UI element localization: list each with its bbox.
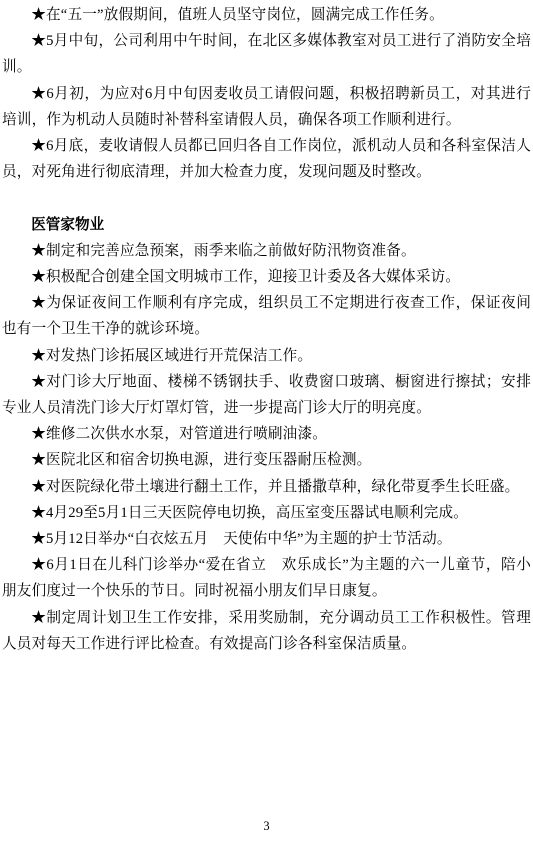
paragraph: ★6月初，为应对6月中旬因麦收员工请假问题，积极招聘新员工，对其进行培训，作为机…	[2, 81, 531, 133]
paragraph: ★5月12日举办“白衣炫五月 天使佑中华”为主题的护士节活动。	[2, 526, 531, 552]
paragraph: ★对医院绿化带土壤进行翻土工作，并且播撒草种，绿化带夏季生长旺盛。	[2, 474, 531, 500]
document-body: ★在“五一”放假期间，值班人员坚守岗位，圆满完成工作任务。★5月中旬，公司利用中…	[0, 0, 533, 657]
page-footer: 3	[0, 817, 533, 835]
paragraph: ★6月1日在儿科门诊举办“爱在省立 欢乐成长”为主题的六一儿童节，陪小朋友们度过…	[2, 552, 531, 604]
paragraph: ★制定周计划卫生工作安排，采用奖励制，充分调动员工工作积极性。管理人员对每天工作…	[2, 605, 531, 657]
paragraph: ★6月底，麦收请假人员都已回归各自工作岗位，派机动人员和各科室保洁人员，对死角进…	[2, 133, 531, 185]
page-number: 3	[263, 819, 269, 833]
section-heading: 医管家物业	[2, 212, 531, 238]
paragraph: ★在“五一”放假期间，值班人员坚守岗位，圆满完成工作任务。	[2, 2, 531, 28]
paragraph: ★医院北区和宿舍切换电源，进行变压器耐压检测。	[2, 447, 531, 473]
paragraph: ★积极配合创建全国文明城市工作，迎接卫计委及各大媒体采访。	[2, 264, 531, 290]
paragraph: ★4月29至5月1日三天医院停电切换，高压室变压器试电顺利完成。	[2, 500, 531, 526]
paragraph: ★对发热门诊拓展区域进行开荒保洁工作。	[2, 343, 531, 369]
paragraph: ★对门诊大厅地面、楼梯不锈钢扶手、收费窗口玻璃、橱窗进行擦拭；安排专业人员清洗门…	[2, 369, 531, 421]
paragraph: ★制定和完善应急预案，雨季来临之前做好防汛物资准备。	[2, 238, 531, 264]
document-page: ★在“五一”放假期间，值班人员坚守岗位，圆满完成工作任务。★5月中旬，公司利用中…	[0, 0, 533, 849]
paragraph: ★为保证夜间工作顺利有序完成，组织员工不定期进行夜查工作，保证夜间也有一个卫生干…	[2, 290, 531, 342]
paragraph: ★5月中旬，公司利用中午时间，在北区多媒体教室对员工进行了消防安全培训。	[2, 28, 531, 80]
paragraph: ★维修二次供水水泵，对管道进行喷刷油漆。	[2, 421, 531, 447]
